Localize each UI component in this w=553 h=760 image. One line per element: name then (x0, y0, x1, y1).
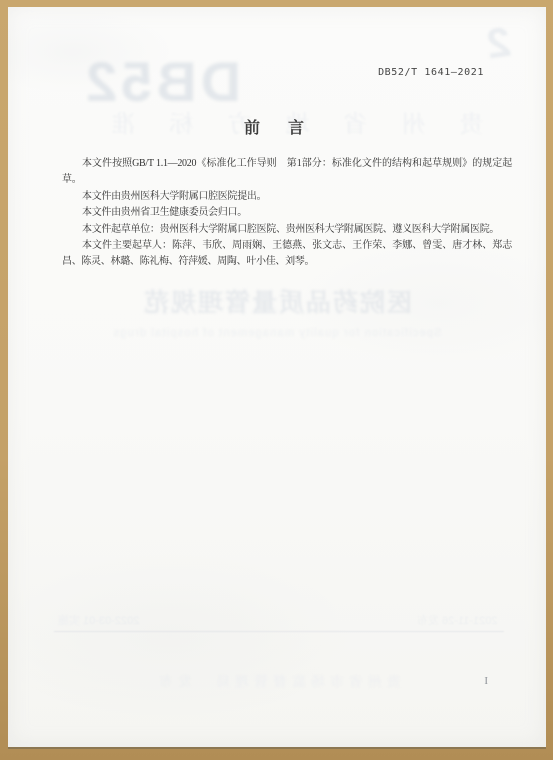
bleedthrough-horizontal-rule (54, 631, 504, 632)
bleedthrough-implementation-date: 2022-03-01 实施 (58, 612, 139, 628)
foreword-title: 前 言 (8, 115, 546, 138)
document-page: DB52 2 贵州省地方标准 医院药品质量管理规范 Specification … (8, 7, 546, 747)
bleedthrough-corner-mark: 2 (483, 18, 513, 69)
bleedthrough-issue-date: 2021-11-26 发布 (417, 612, 498, 628)
paragraph-drafting-rules: 本文件按照GB/T 1.1—2020《标准化工作导则 第1部分：标准化文件的结构… (62, 156, 512, 189)
foreword-body: 本文件按照GB/T 1.1—2020《标准化工作导则 第1部分：标准化文件的结构… (62, 156, 512, 271)
bleedthrough-cover-title-english: Specification for quality management of … (113, 327, 442, 339)
paragraph-main-drafters: 本文件主要起草人：陈萍、韦欣、周雨娴、王德燕、张文志、王作荣、李娜、曾雯、唐才林… (62, 238, 512, 271)
standard-document-number: DB52/T 1641—2021 (378, 67, 484, 78)
paragraph-drafting-organizations: 本文件起草单位：贵州医科大学附属口腔医院、贵州医科大学附属医院、遵义医科大学附属… (62, 222, 512, 238)
scanned-page-background: DB52 2 贵州省地方标准 医院药品质量管理规范 Specification … (0, 0, 553, 760)
paragraph-proposed-by: 本文件由贵州医科大学附属口腔医院提出。 (62, 189, 512, 205)
page-number: I (484, 675, 488, 687)
paragraph-centralized-by: 本文件由贵州省卫生健康委员会归口。 (62, 205, 512, 221)
bleedthrough-issuing-authority: 贵州省市场监督管理局 发布 (8, 671, 546, 690)
bleedthrough-cover-title: 医院药品质量管理规范 (142, 283, 412, 319)
